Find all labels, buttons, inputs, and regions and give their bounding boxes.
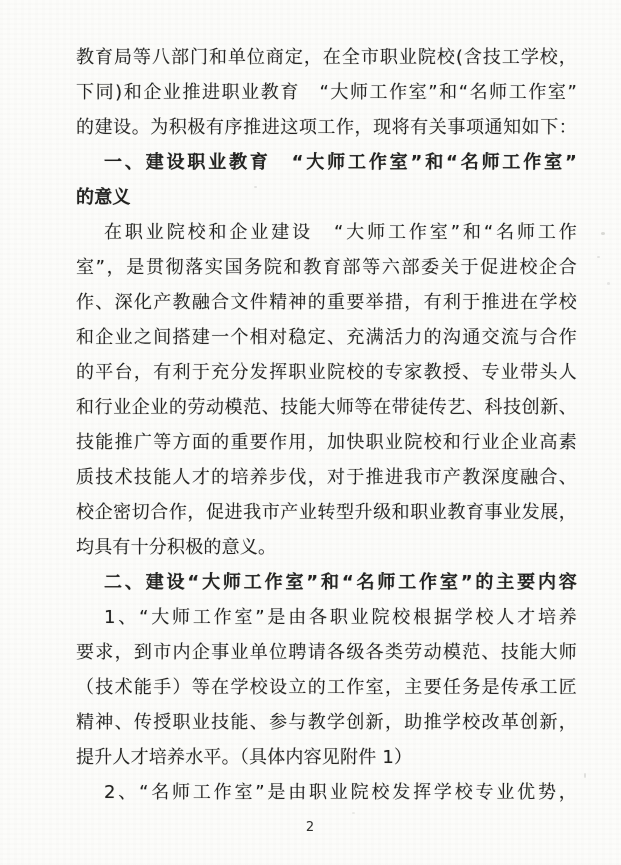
body-line: 精神、传授职业技能、参与教学创新，助推学校改革创新， xyxy=(76,705,577,740)
scan-speck xyxy=(254,186,257,188)
list-item-2-line: 2、“名师工作室”是由职业院校发挥学校专业优势， xyxy=(76,775,577,810)
section-heading-2: 二、建设“大师工作室”和“名师工作室”的主要内容 xyxy=(76,565,577,600)
document-text-block: 教育局等八部门和单位商定，在全市职业院校(含技工学校， 下同)和企业推进职业教育… xyxy=(76,40,577,810)
document-page: 教育局等八部门和单位商定，在全市职业院校(含技工学校， 下同)和企业推进职业教育… xyxy=(0,0,621,865)
body-line: 和行业企业的劳动模范、技能大师等在带徒传艺、科技创新、 xyxy=(76,390,577,425)
body-line: 要求，到市内企事业单位聘请各级各类劳动模范、技能大师 xyxy=(76,635,577,670)
list-item-1-line: 1、“大师工作室”是由各职业院校根据学校人才培养 xyxy=(76,600,577,635)
body-line: 在职业院校和企业建设 “大师工作室”和“名师工作 xyxy=(76,215,577,250)
scan-speck xyxy=(607,282,610,285)
body-line: （技术能手）等在学校设立的工作室，主要任务是传承工匠 xyxy=(76,670,577,705)
scan-speck xyxy=(597,256,600,258)
body-line: 提升人才培养水平。（具体内容见附件 1） xyxy=(76,740,577,775)
scan-speck xyxy=(352,812,355,814)
body-line: 校企密切合作，促进我市产业转型升级和职业教育事业发展， xyxy=(76,495,577,530)
body-line: 质技术技能人才的培养步伐，对于推进我市产教深度融合、 xyxy=(76,460,577,495)
section-heading-1: 一、建设职业教育 “大师工作室”和“名师工作室” xyxy=(76,145,577,180)
page-number: 2 xyxy=(0,820,621,835)
scan-speck xyxy=(584,773,586,778)
body-line: 的建设。为积极有序推进这项工作，现将有关事项通知如下： xyxy=(76,110,577,145)
body-line: 室”，是贯彻落实国务院和教育部等六部委关于促进校企合 xyxy=(76,250,577,285)
body-line: 教育局等八部门和单位商定，在全市职业院校(含技工学校， xyxy=(76,40,577,75)
body-line: 和企业之间搭建一个相对稳定、充满活力的沟通交流与合作 xyxy=(76,320,577,355)
scan-speck xyxy=(601,232,605,235)
scan-speck xyxy=(424,96,427,99)
body-line: 均具有十分积极的意义。 xyxy=(76,530,577,565)
body-line: 技能推广等方面的重要作用，加快职业院校和行业企业高素 xyxy=(76,425,577,460)
body-line: 作、深化产教融合文件精神的重要举措，有利于推进在学校 xyxy=(76,285,577,320)
body-line: 下同)和企业推进职业教育 “大师工作室”和“名师工作室” xyxy=(76,75,577,110)
body-line: 的平台，有利于充分发挥职业院校的专家教授、专业带头人 xyxy=(76,355,577,390)
section-heading-1: 的意义 xyxy=(76,180,577,215)
